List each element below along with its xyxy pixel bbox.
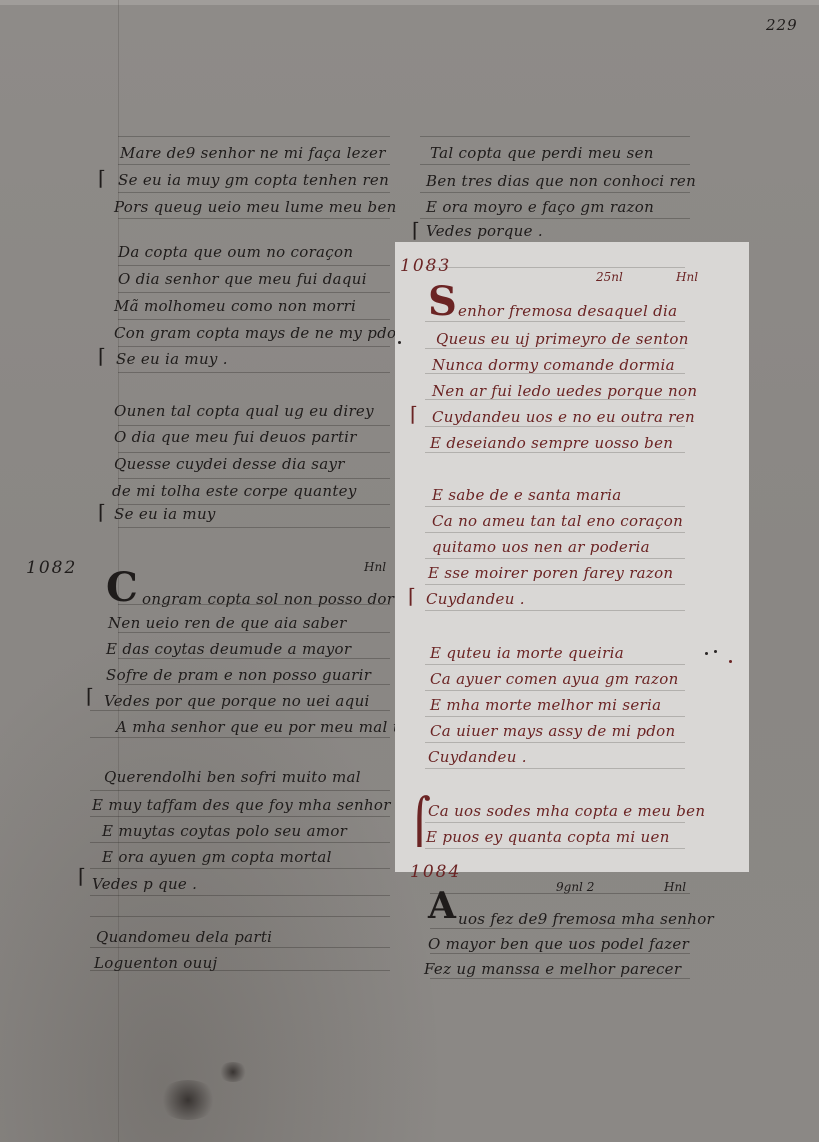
ruling: [425, 267, 685, 268]
folio-number: 229: [766, 16, 798, 34]
margin-annotation: Hnl: [664, 880, 686, 894]
ink-dot: [705, 652, 708, 655]
verse-line: Ca uiuer mays assy de mi pdon: [430, 722, 675, 740]
ruling: [118, 478, 390, 479]
ruling: [118, 632, 390, 633]
decorated-initial: A: [428, 888, 456, 924]
ruling: [90, 868, 390, 869]
ruling: [420, 218, 690, 219]
ruling: [118, 527, 390, 528]
verse-line: Vedes p que .: [92, 875, 197, 893]
verse-line: E ora moyro e faço gm razon: [426, 198, 654, 216]
poem-number: 1083: [400, 256, 451, 276]
ruling: [90, 947, 390, 948]
ink-dot: [714, 650, 717, 653]
paragraph-mark: ⌈: [98, 346, 106, 366]
verse-line: Pors queug ueio meu lume meu ben: [114, 198, 397, 216]
verse-line: Ca no ameu tan tal eno coraçon: [432, 512, 683, 530]
ink-stain: [158, 1080, 218, 1120]
paragraph-mark: ⌈: [412, 220, 420, 240]
verse-line: quitamo uos nen ar poderia: [432, 538, 650, 556]
ruling: [425, 664, 685, 665]
page-top-edge: [0, 0, 819, 5]
paragraph-mark: ⌈: [410, 404, 418, 424]
verse-line: Nen ueio ren de que aia saber: [108, 614, 347, 632]
paragraph-mark: ⌈: [98, 168, 106, 188]
ruling: [425, 506, 685, 507]
ruling: [430, 928, 690, 929]
verse-line: Se eu ia muy: [114, 505, 216, 523]
ruling: [425, 452, 685, 453]
ruling: [425, 584, 685, 585]
ruling: [118, 684, 390, 685]
ruling: [425, 742, 685, 743]
paragraph-mark: ⌈: [408, 586, 416, 606]
ruling: [90, 790, 390, 791]
verse-line: Ca ayuer comen ayua gm razon: [430, 670, 679, 688]
verse-line: Nen ar fui ledo uedes porque non: [432, 382, 697, 400]
margin-annotation: Hnl: [676, 270, 698, 284]
verse-line: de mi tolha este corpe quantey: [112, 482, 357, 500]
verse-line: Queus eu uj primeyro de senton: [436, 330, 689, 348]
verse-line: Loguenton ouuj: [94, 954, 217, 972]
poem-number: 1082: [26, 558, 77, 578]
verse-line: E puos ey quanta copta mi uen: [426, 828, 670, 846]
verse-line: O dia que meu fui deuos partir: [114, 428, 357, 446]
ruling: [90, 895, 390, 896]
verse-line: Ben tres dias que non conhoci ren: [426, 172, 696, 190]
ruling: [90, 842, 390, 843]
ruling: [420, 192, 690, 193]
verse-line: Sofre de pram e non posso guarir: [106, 666, 371, 684]
verse-line: Mã molhomeu como non morri: [114, 297, 356, 315]
verse-line: Cuydandeu uos e no eu outra ren: [432, 408, 695, 426]
ruling: [118, 319, 390, 320]
verse-line: Cuydandeu .: [428, 748, 527, 766]
verse-line: Quesse cuydei desse dia sayr: [114, 455, 345, 473]
ink-dot: [729, 660, 732, 663]
ruling: [430, 978, 690, 979]
ruling: [425, 690, 685, 691]
verse-line: Querendolhi ben sofri muito mal: [104, 768, 361, 786]
ruling: [118, 192, 390, 193]
verse-line: Ca uos sodes mha copta e meu ben: [428, 802, 705, 820]
ruling: [425, 426, 685, 427]
ruling: [420, 164, 690, 165]
verse-line: Vedes porque .: [426, 222, 543, 240]
paragraph-mark: ⌈: [86, 686, 94, 706]
ruling: [118, 425, 390, 426]
ruling: [420, 136, 690, 137]
ruling: [425, 716, 685, 717]
verse-line: O mayor ben que uos podel fazer: [428, 935, 689, 953]
ruling: [90, 916, 390, 917]
verse-line: Con gram copta mays de ne my pdom: [114, 324, 411, 342]
ruling: [118, 265, 390, 266]
ruling: [118, 292, 390, 293]
verse-line: E das coytas deumude a mayor: [106, 640, 351, 658]
verse-line: uos fez de9 fremosa mha senhor: [458, 910, 714, 928]
manuscript-page: 229 Mare de9 senhor ne mi faça lezer ⌈ S…: [0, 0, 819, 1142]
verse-line: Tal copta que perdi meu sen: [430, 144, 654, 162]
margin-annotation: 25nl: [596, 270, 623, 284]
ruling: [425, 848, 685, 849]
verse-line: E ora ayuen gm copta mortal: [102, 848, 332, 866]
verse-line: Ounen tal copta qual ug eu direy: [114, 402, 374, 420]
verse-line: Mare de9 senhor ne mi faça lezer: [120, 144, 386, 162]
paragraph-mark: ⌈: [98, 502, 106, 522]
ink-stain: [218, 1062, 248, 1082]
margin-annotation: Hnl: [364, 560, 386, 574]
ruling: [118, 372, 390, 373]
ruling: [425, 610, 685, 611]
margin-annotation: 9gnl 2: [556, 880, 594, 894]
ruling: [90, 816, 390, 817]
verse-line: E muytas coytas polo seu amor: [102, 822, 347, 840]
verse-line: Se eu ia muy .: [116, 350, 228, 368]
ruling: [430, 953, 690, 954]
verse-line: Nunca dormy comande dormia: [432, 356, 675, 374]
verse-line: Cuydandeu .: [426, 590, 525, 608]
verse-line: E muy taffam des que foy mha senhor: [92, 796, 391, 814]
verse-line: O dia senhor que meu fui daqui: [118, 270, 367, 288]
verse-line: E mha morte melhor mi seria: [430, 696, 661, 714]
verse-line: E sabe de e santa maria: [432, 486, 622, 504]
ruling: [118, 452, 390, 453]
verse-line: enhor fremosa desaquel dia: [458, 302, 677, 320]
ruling: [118, 218, 390, 219]
poem-number: 1084: [410, 862, 461, 882]
ruling: [118, 136, 390, 137]
verse-line: Vedes por que porque no uei aqui: [104, 692, 370, 710]
verse-line: A mha senhor que eu por meu mal uj: [116, 718, 408, 736]
ink-dot: [398, 341, 401, 344]
ruling: [118, 346, 390, 347]
decorated-initial: C: [106, 568, 138, 608]
verse-line: E quteu ia morte queiria: [430, 644, 624, 662]
ruling: [425, 348, 685, 349]
verse-line: Fez ug manssa e melhor parecer: [424, 960, 681, 978]
ruling: [118, 658, 390, 659]
ruling: [118, 164, 390, 165]
ruling: [425, 532, 685, 533]
verse-line: E deseiando sempre uosso ben: [430, 434, 673, 452]
verse-line: ongram copta sol non posso dormir: [142, 590, 421, 608]
ruling: [425, 321, 685, 322]
verse-line: Quandomeu dela parti: [96, 928, 272, 946]
decorated-initial: S: [428, 282, 457, 322]
ruling: [425, 768, 685, 769]
ruling: [90, 737, 390, 738]
ruling: [90, 710, 390, 711]
verse-line: Se eu ia muy gm copta tenhen ren: [118, 171, 389, 189]
verse-line: E sse moirer poren farey razon: [428, 564, 673, 582]
verse-line: Da copta que oum no coraçon: [118, 243, 353, 261]
ruling: [425, 558, 685, 559]
ruling: [425, 822, 685, 823]
paragraph-mark: ⌈: [78, 866, 86, 886]
